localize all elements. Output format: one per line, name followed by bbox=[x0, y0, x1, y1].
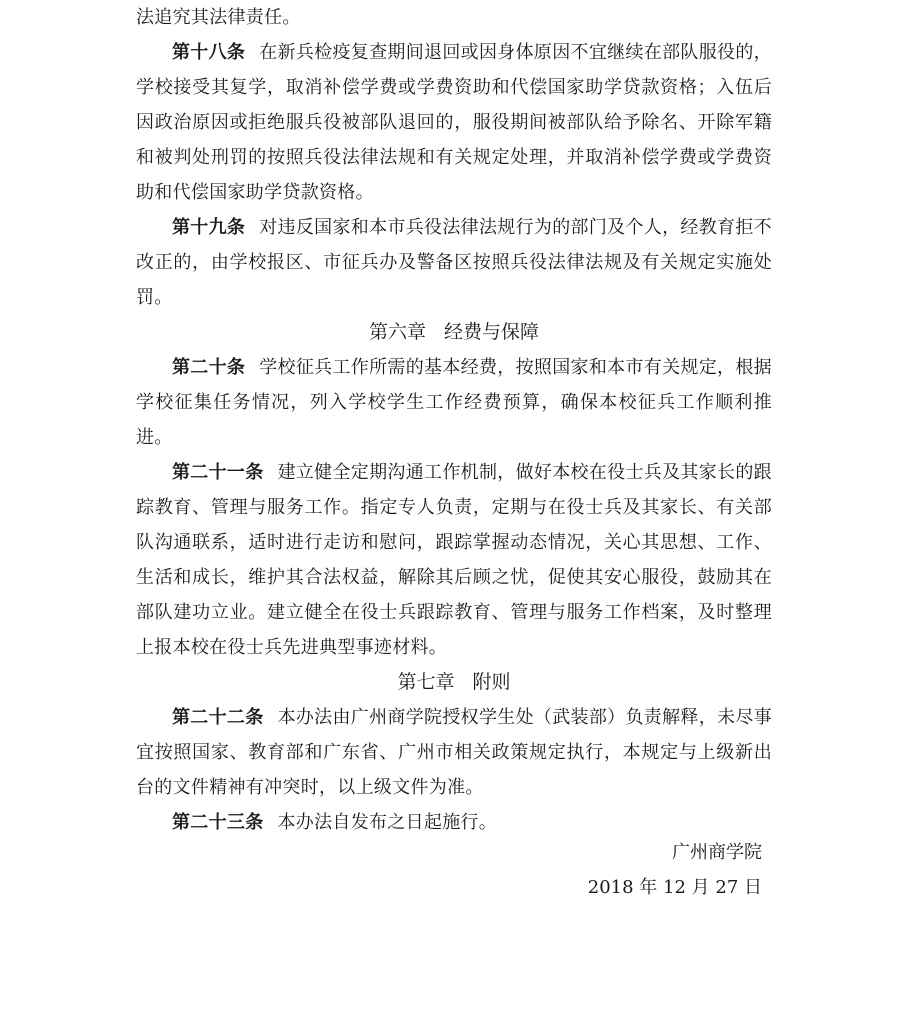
leading-fragment: 法追究其法律责任。 bbox=[136, 0, 772, 35]
article-label: 第二十三条 bbox=[172, 812, 264, 833]
article-21: 第二十一条建立健全定期沟通工作机制，做好本校在役士兵及其家长的跟踪教育、管理与服… bbox=[136, 455, 772, 665]
chapter-number: 第六章 bbox=[369, 321, 426, 343]
article-label: 第二十一条 bbox=[172, 462, 264, 483]
article-text: 本办法自发布之日起施行。 bbox=[278, 812, 498, 833]
article-18: 第十八条在新兵检疫复查期间退回或因身体原因不宜继续在部队服役的，学校接受其复学，… bbox=[136, 35, 772, 210]
chapter-6-heading: 第六章经费与保障 bbox=[136, 315, 772, 350]
signature-date: 2018 年 12 月 27 日 bbox=[588, 870, 762, 905]
article-label: 第十九条 bbox=[172, 217, 245, 238]
article-19: 第十九条对违反国家和本市兵役法律法规行为的部门及个人，经教育拒不改正的，由学校报… bbox=[136, 210, 772, 315]
chapter-number: 第七章 bbox=[397, 671, 454, 693]
article-text: 在新兵检疫复查期间退回或因身体原因不宜继续在部队服役的，学校接受其复学，取消补偿… bbox=[136, 42, 772, 203]
chapter-7-heading: 第七章附则 bbox=[136, 665, 772, 700]
article-label: 第二十二条 bbox=[172, 707, 264, 728]
article-label: 第二十条 bbox=[172, 357, 245, 378]
article-22: 第二十二条本办法由广州商学院授权学生处（武装部）负责解释，未尽事宜按照国家、教育… bbox=[136, 700, 772, 805]
document-body: 法追究其法律责任。 第十八条在新兵检疫复查期间退回或因身体原因不宜继续在部队服役… bbox=[136, 0, 772, 840]
chapter-title: 经费与保障 bbox=[444, 321, 539, 343]
article-20: 第二十条学校征兵工作所需的基本经费，按照国家和本市有关规定，根据学校征集任务情况… bbox=[136, 350, 772, 455]
article-label: 第十八条 bbox=[172, 42, 245, 63]
signature-organization: 广州商学院 bbox=[672, 835, 762, 870]
chapter-title: 附则 bbox=[473, 671, 511, 693]
article-text: 建立健全定期沟通工作机制，做好本校在役士兵及其家长的跟踪教育、管理与服务工作。指… bbox=[136, 462, 772, 658]
